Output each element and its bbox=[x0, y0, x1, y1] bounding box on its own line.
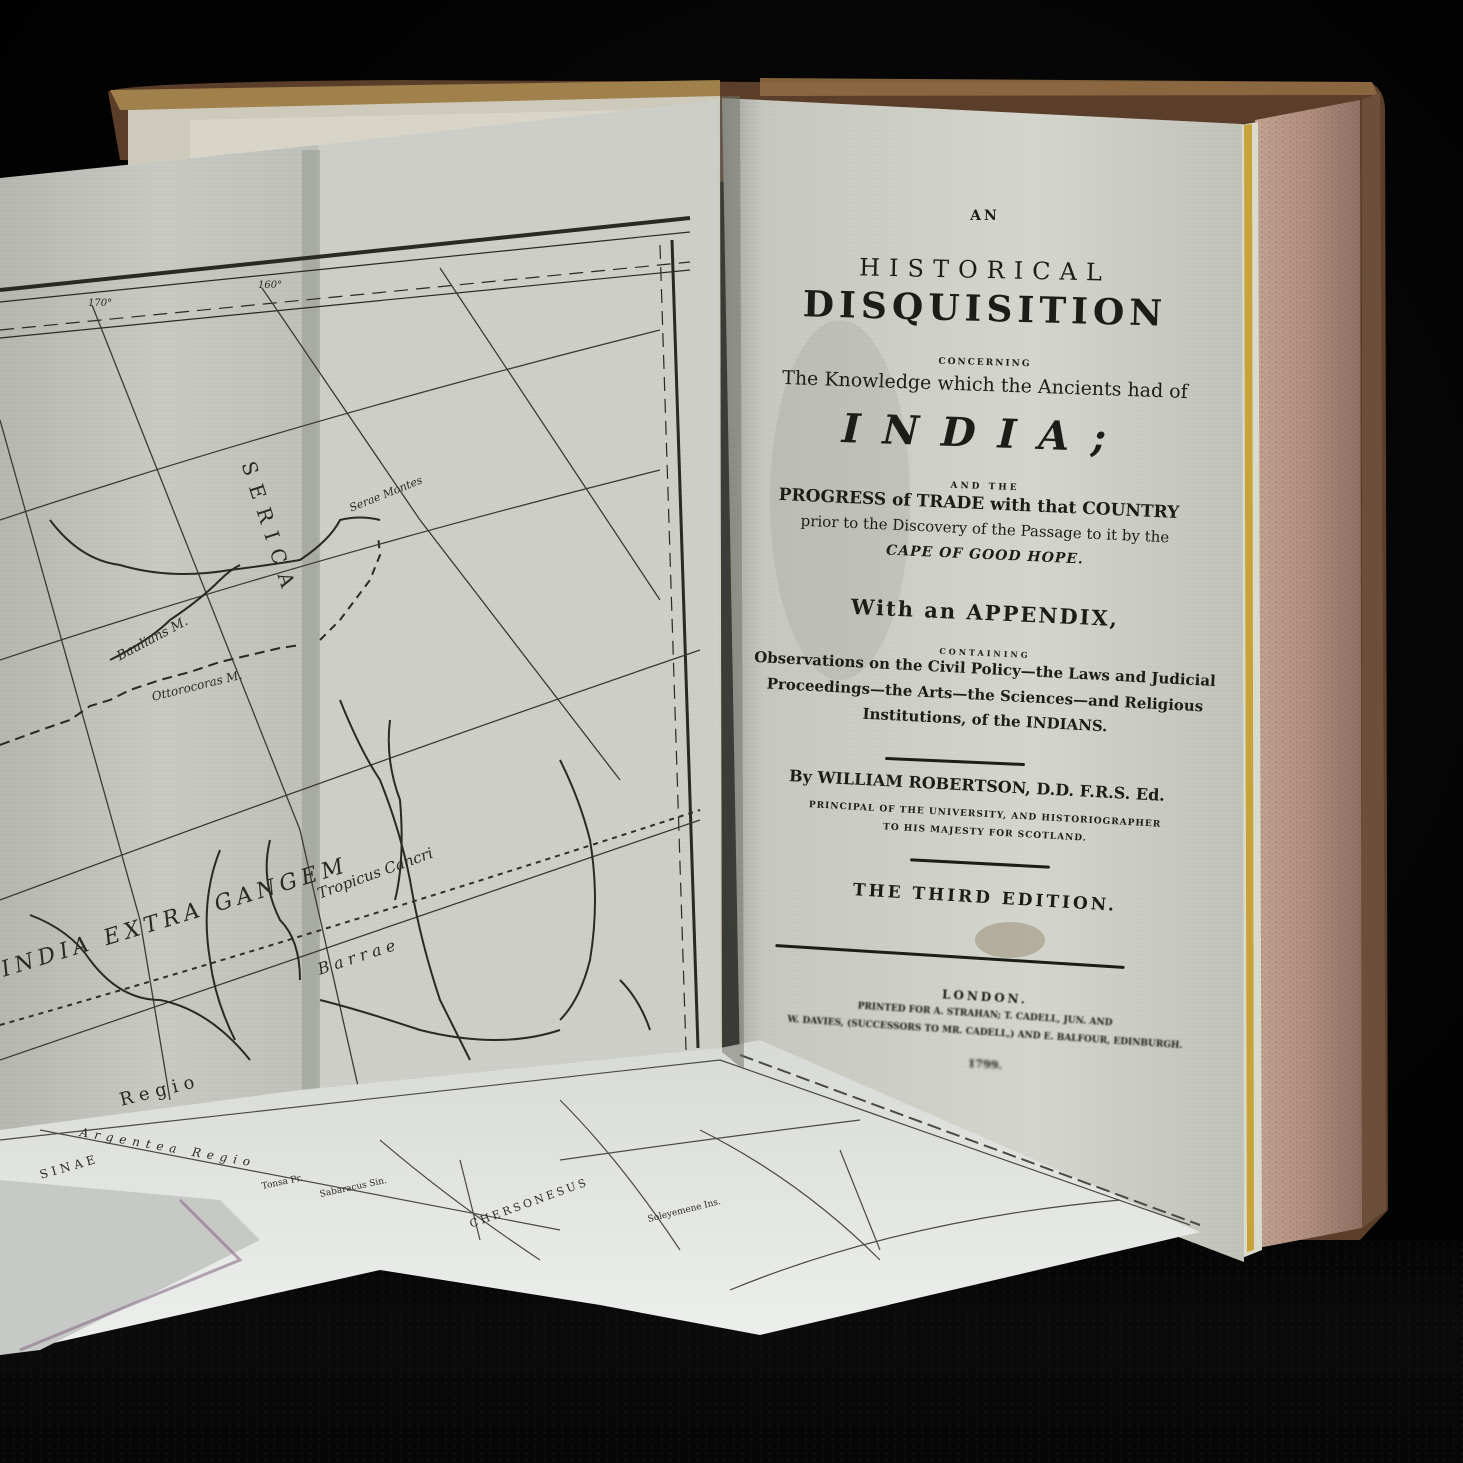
rule-divider bbox=[910, 858, 1050, 868]
title-disquisition: DISQUISITION bbox=[735, 281, 1236, 336]
map-lat-mark-2: 160° bbox=[258, 280, 282, 291]
title-edition: THE THIRD EDITION. bbox=[735, 873, 1235, 923]
title-india: INDIA; bbox=[734, 401, 1235, 465]
map-lat-mark-1: 170° bbox=[88, 298, 112, 309]
photo-scene: AN HISTORICAL DISQUISITION CONCERNING Th… bbox=[0, 0, 1463, 1463]
rule-divider bbox=[775, 944, 1124, 969]
title-appendix: With an APPENDIX, bbox=[735, 589, 1236, 637]
title-page: AN HISTORICAL DISQUISITION CONCERNING Th… bbox=[735, 110, 1235, 1090]
title-an: AN bbox=[735, 208, 1235, 224]
rule-divider bbox=[885, 757, 1025, 766]
book-illustration bbox=[0, 0, 1463, 1463]
